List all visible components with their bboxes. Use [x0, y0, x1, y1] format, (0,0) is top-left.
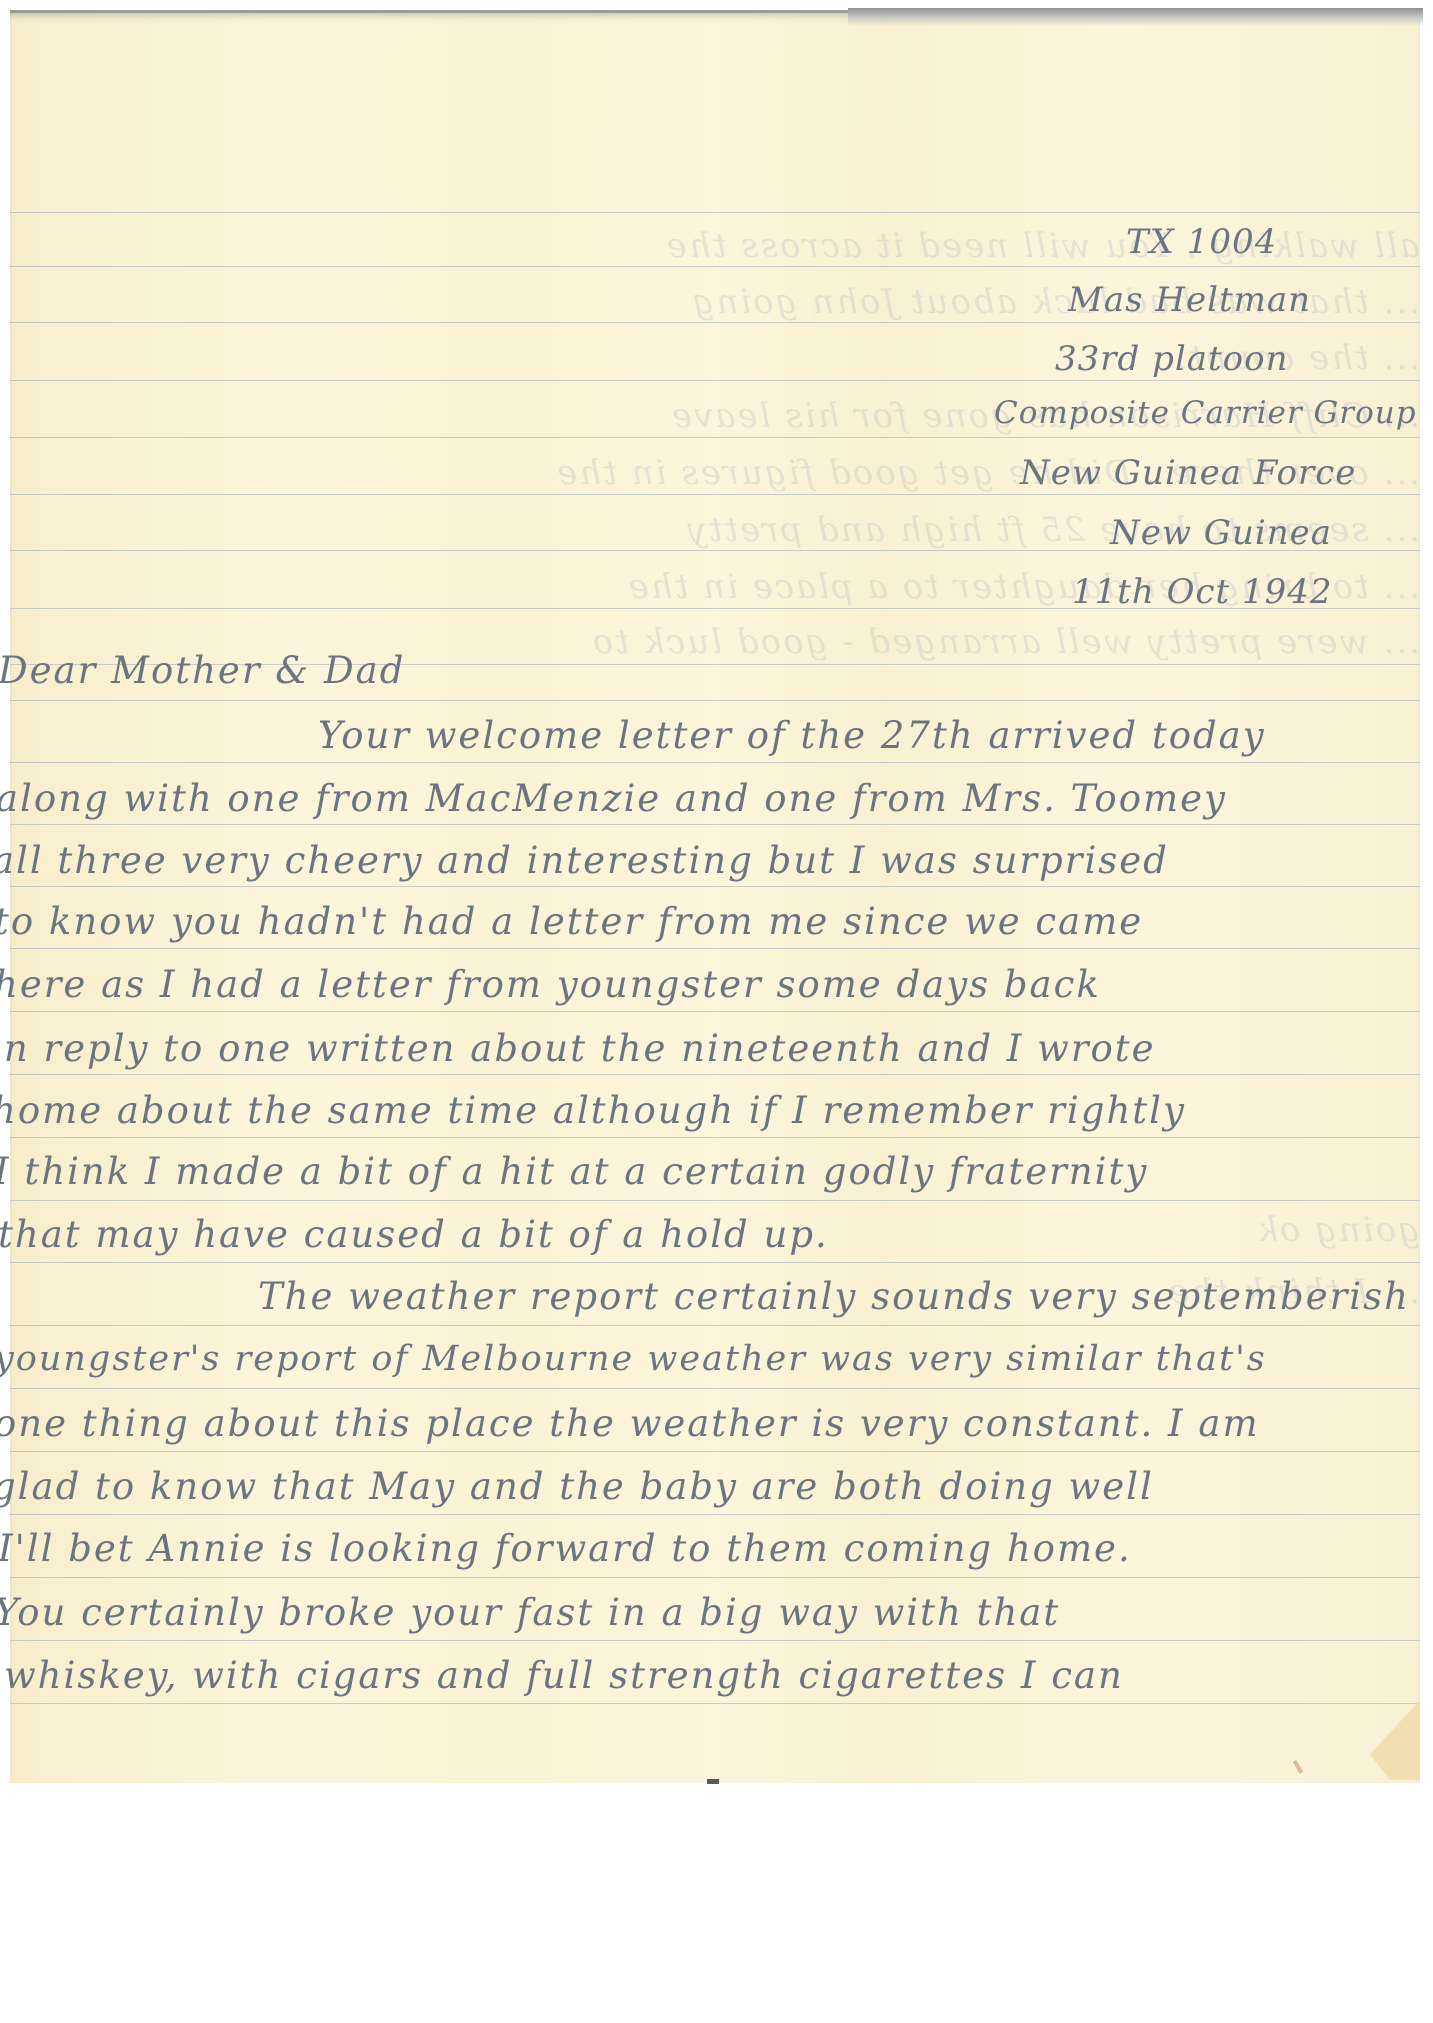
ruled-line — [10, 1451, 1420, 1452]
ruled-line — [10, 266, 1420, 267]
body-line: Your welcome letter of the 27th arrived … — [318, 717, 1266, 754]
body-line: along with one from MacMenzie and one fr… — [0, 780, 1227, 817]
ruled-line — [10, 1137, 1420, 1138]
page-edge-mark — [707, 1779, 719, 1784]
ruled-line — [10, 700, 1420, 701]
body-line: one thing about this place the weather i… — [0, 1405, 1260, 1442]
address-name: Mas Heltman — [1068, 283, 1311, 317]
page-top-edge — [848, 8, 1423, 26]
ruled-line — [10, 1577, 1420, 1578]
body-line: glad to know that May and the baby are b… — [0, 1468, 1154, 1505]
letter-page — [10, 10, 1420, 1783]
ruled-line — [10, 322, 1420, 323]
body-line: The weather report certainly sounds very… — [258, 1278, 1410, 1315]
ruled-line — [10, 948, 1420, 949]
ruled-line — [10, 1325, 1420, 1326]
ruled-line — [10, 1262, 1420, 1263]
ruled-line — [10, 1514, 1420, 1515]
body-line: You certainly broke your fast in a big w… — [0, 1594, 1060, 1631]
address-platoon: 33rd platoon — [1055, 342, 1289, 376]
body-line: that may have caused a bit of a hold up. — [0, 1216, 829, 1253]
address-location: New Guinea — [1110, 516, 1332, 550]
body-line: home about the same time although if I r… — [0, 1092, 1186, 1129]
ruled-line — [10, 886, 1420, 887]
ruled-line — [10, 1074, 1420, 1075]
salutation: Dear Mother & Dad — [0, 652, 405, 689]
ruled-line — [10, 762, 1420, 763]
ruled-line — [10, 1640, 1420, 1641]
letter-date: 11th Oct 1942 — [1072, 575, 1333, 609]
body-line: whiskey, with cigars and full strength c… — [4, 1657, 1124, 1694]
address-unit: Composite Carrier Group — [994, 398, 1417, 429]
body-line: I think I made a bit of a hit at a certa… — [0, 1153, 1148, 1190]
ruled-line — [10, 824, 1420, 825]
ruled-line — [10, 1388, 1420, 1389]
body-line: all three very cheery and interesting bu… — [0, 842, 1169, 879]
ruled-line — [10, 437, 1420, 438]
body-line: here as I had a letter from youngster so… — [0, 966, 1101, 1003]
ruled-line — [10, 380, 1420, 381]
ruled-line — [10, 212, 1420, 213]
body-line: to know you hadn't had a letter from me … — [0, 903, 1143, 940]
address-force: New Guinea Force — [1020, 456, 1356, 490]
address-service-number: TX 1004 — [1126, 225, 1277, 259]
body-line: in reply to one written about the ninete… — [0, 1030, 1156, 1067]
ruled-line — [10, 494, 1420, 495]
body-line: youngster's report of Melbourne weather … — [0, 1342, 1267, 1377]
ruled-line — [10, 1703, 1420, 1704]
body-line: I'll bet Annie is looking forward to the… — [0, 1530, 1132, 1567]
ruled-line — [10, 1200, 1420, 1201]
ruled-line — [10, 1011, 1420, 1012]
